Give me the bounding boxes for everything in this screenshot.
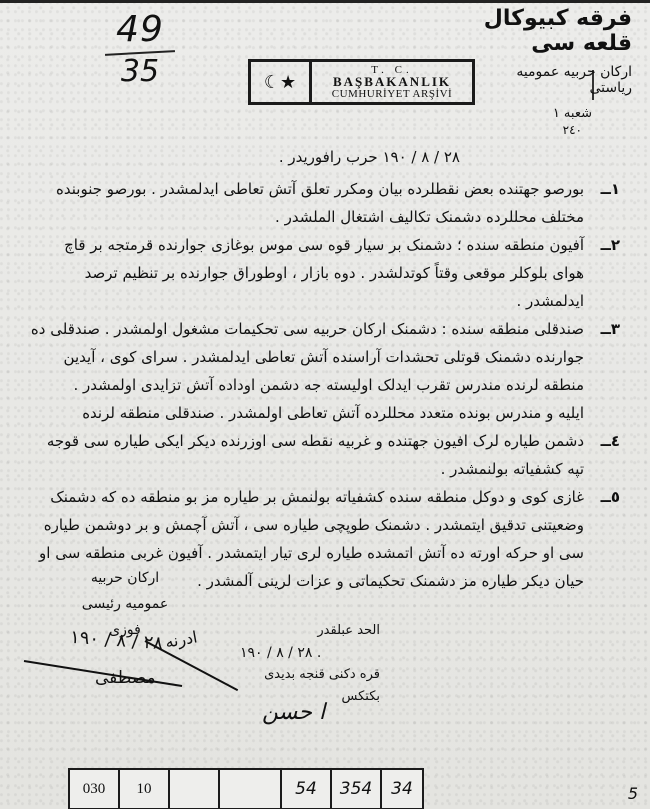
letterhead: فرقه كبيوكال قلعه سى ارکان حربیه عمومیه … xyxy=(482,6,632,137)
catalog-code-cell: 10 xyxy=(120,770,170,808)
item-text: دشمن طیاره لرک افیون جهتنده و غربیه نقطه… xyxy=(30,427,584,483)
fraction-numerator: 49 xyxy=(105,12,175,48)
catalog-code-cell xyxy=(220,770,282,808)
folio-fraction: 49 35 xyxy=(105,12,175,88)
signature-mid-date: ٢٨ / ٨ / ١٩٠ . xyxy=(240,642,380,664)
report-item: ٣ــ صندقلی منطقه سنده : دشمنک ارکان حربی… xyxy=(30,315,620,399)
catalog-code-cell: 354 xyxy=(332,770,382,808)
report-item: ١ــ بورصو جهتنده بعض نقطلرده بیان ومکرر … xyxy=(30,175,620,231)
page-number: 5 xyxy=(628,784,638,803)
item-text: آفیون منطقه سنده ؛ دشمنک بر سیار قوه سی … xyxy=(30,231,584,315)
item-text: ایلیه و مندرس بونده متعدد محللرده آتش تع… xyxy=(30,399,584,427)
signature-stroke xyxy=(145,640,239,691)
signature-block-middle: الحد عبلقدر ٢٨ / ٨ / ١٩٠ . قره دکنی قنجه… xyxy=(240,620,380,708)
archive-stamp-text: T. C. BAŞBAKANLIK CUMHURİYET ARŞİVİ xyxy=(312,62,472,102)
item-number: ١ــ xyxy=(584,175,620,231)
report-item: ایلیه و مندرس بونده متعدد محللرده آتش تع… xyxy=(30,399,620,427)
stamp-line-cumhuriyet-arsivi: CUMHURİYET ARŞİVİ xyxy=(312,88,472,100)
report-date-line: ٢٨ / ٨ / ١٩٠ حرب رافوریدر . xyxy=(279,148,460,166)
catalog-code-cell xyxy=(170,770,220,808)
report-body: ١ــ بورصو جهتنده بعض نقطلرده بیان ومکرر … xyxy=(30,175,620,595)
catalog-code-cell: 54 xyxy=(282,770,332,808)
item-number: ٤ــ xyxy=(584,427,620,483)
catalog-code-table: 030 10 54 354 34 xyxy=(68,768,424,809)
signatory-title: ارکان حربیه عمومیه رئیسی xyxy=(70,565,180,617)
stamp-line-basbakanlik: BAŞBAKANLIK xyxy=(312,76,472,88)
letterhead-section: شعبه ١ xyxy=(482,106,592,121)
document-page: 49 35 ☾★ T. C. BAŞBAKANLIK CUMHURİYET AR… xyxy=(0,0,650,809)
catalog-code-cell: 34 xyxy=(382,770,422,808)
item-number: ٥ــ xyxy=(584,483,620,595)
fraction-denominator: 35 xyxy=(105,56,175,88)
archive-stamp: ☾★ T. C. BAŞBAKANLIK CUMHURİYET ARŞİVİ xyxy=(248,59,475,105)
letterhead-number: ٢٤٠ xyxy=(482,123,582,137)
item-number xyxy=(584,399,620,427)
signature-mid-label: الحد عبلقدر xyxy=(240,620,380,642)
item-number: ٢ــ xyxy=(584,231,620,315)
item-text: بورصو جهتنده بعض نقطلرده بیان ومکرر تعلق… xyxy=(30,175,584,231)
signature-word-stamp: ادرنه xyxy=(164,627,199,651)
signature-initials: ا حسن xyxy=(262,700,325,725)
crescent-star-icon: ☾★ xyxy=(251,62,312,102)
report-item: ٤ــ دشمن طیاره لرک افیون جهتنده و غربیه … xyxy=(30,427,620,483)
item-text: صندقلی منطقه سنده : دشمنک ارکان حربیه سی… xyxy=(30,315,584,399)
top-border xyxy=(0,0,650,3)
letterhead-subtitle: ارکان حربیه عمومیه ریاستی xyxy=(482,64,632,96)
signature-mid-line1: قره دکنی قنجه بدیدی xyxy=(240,664,380,686)
report-item: ٢ــ آفیون منطقه سنده ؛ دشمنک بر سیار قوه… xyxy=(30,231,620,315)
catalog-code-cell: 030 xyxy=(70,770,120,808)
item-number: ٣ــ xyxy=(584,315,620,399)
signature-mark-left: مصطفى xyxy=(95,668,156,688)
letterhead-title: فرقه كبيوكال قلعه سى xyxy=(482,6,632,56)
